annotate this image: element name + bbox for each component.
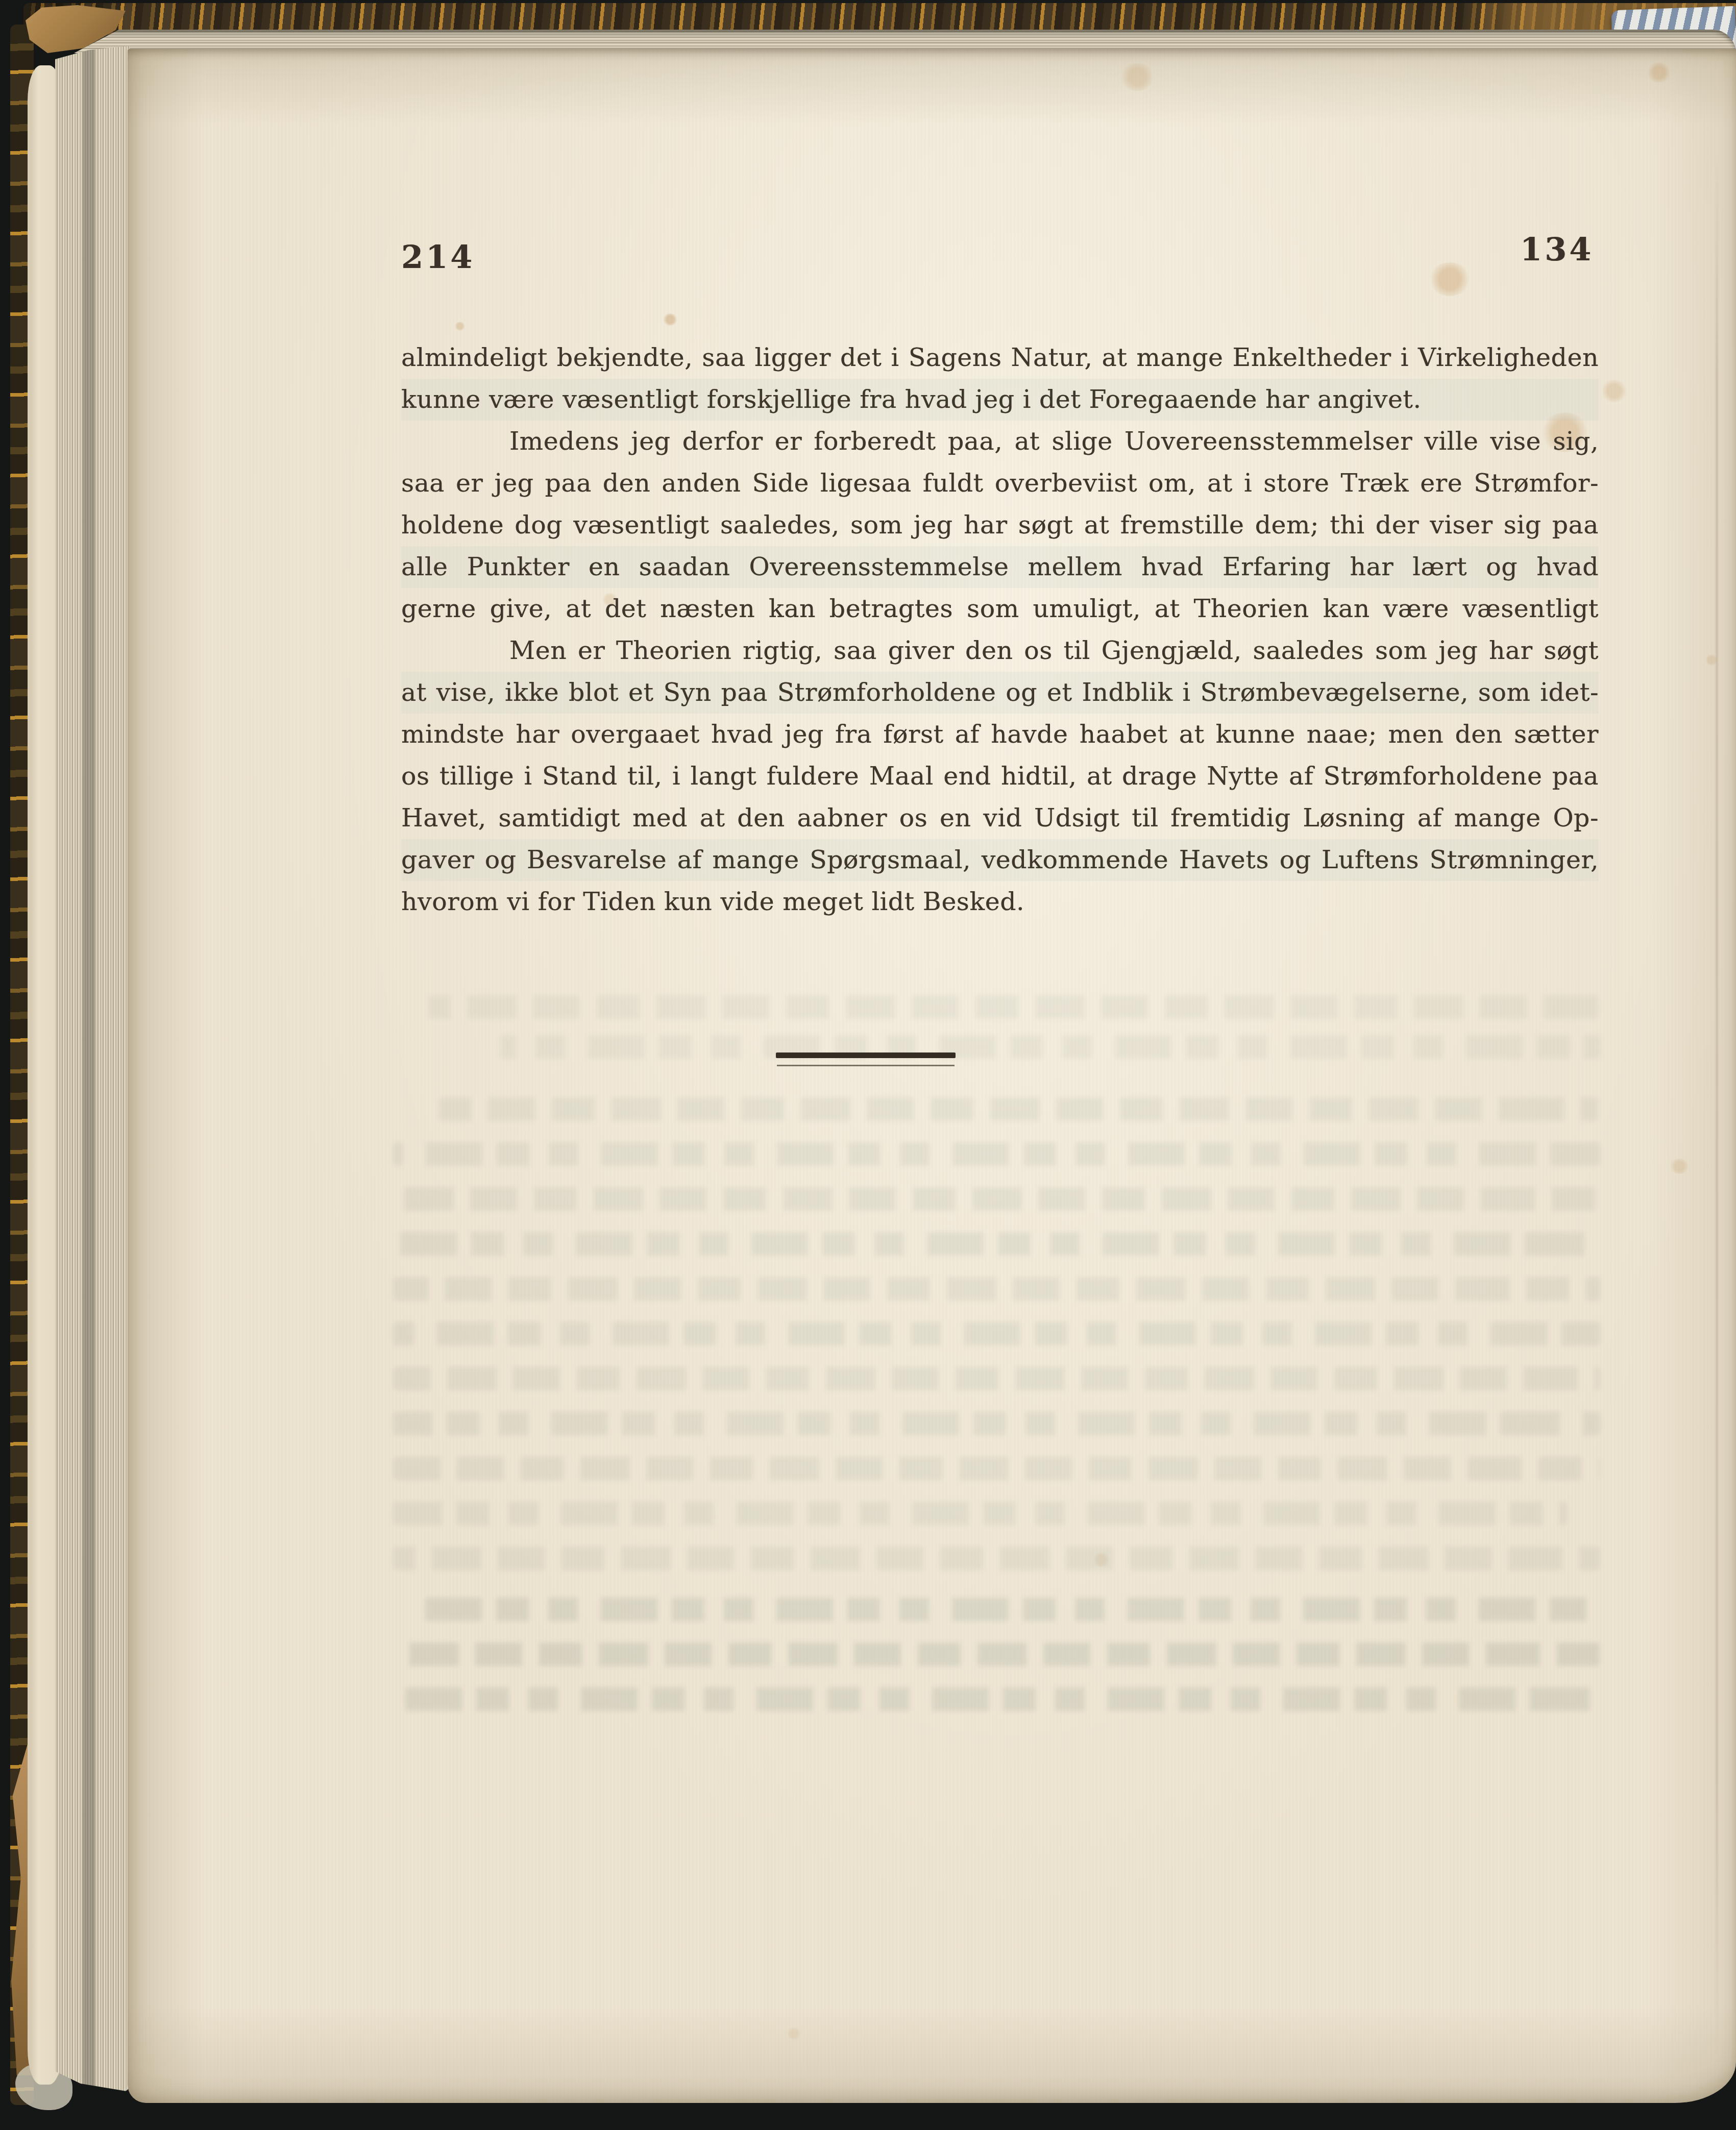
bleed-through-line: [393, 1232, 1600, 1256]
foxing-stain: [1669, 1159, 1690, 1174]
body-text: almindeligt bekjendte, saa ligger det i …: [401, 337, 1599, 923]
text-line: gaver og Besvarelse af mange Spørgsmaal,…: [401, 839, 1599, 881]
text-line: alle Punkter en saadan Overeensstemmelse…: [401, 546, 1599, 588]
bleed-through-line: [393, 1277, 1600, 1301]
page-crease: [1716, 153, 1718, 2072]
bleed-through-line: [393, 1322, 1600, 1345]
text-line: holdene dog væsentligt saaledes, som jeg…: [401, 504, 1599, 546]
foxing-stain: [454, 322, 466, 331]
bleed-through-line: [393, 1547, 1600, 1570]
bleed-through-line: [393, 1187, 1600, 1211]
bleed-through-line: [393, 1643, 1600, 1666]
text-line: Men er Theorien rigtig, saa giver den os…: [401, 630, 1599, 672]
text-line: Imedens jeg derfor er forberedt paa, at …: [401, 421, 1599, 462]
text-line: saa er jeg paa den anden Side ligesaa fu…: [401, 462, 1599, 504]
text-line: os tillige i Stand til, i langt fuldere …: [401, 755, 1599, 797]
bleed-through-line: [500, 1035, 1600, 1059]
section-divider-thick: [776, 1052, 956, 1058]
bleed-through-line: [393, 1687, 1600, 1711]
foxing-stain: [663, 313, 678, 326]
text-line: kunne være væsentligt forskjellige fra h…: [401, 379, 1599, 421]
section-divider-thin: [777, 1065, 955, 1066]
foxing-stain: [1092, 1553, 1111, 1567]
text-line: almindeligt bekjendte, saa ligger det i …: [401, 337, 1599, 379]
bleed-through-line: [393, 1502, 1567, 1525]
bleed-through-line: [393, 1367, 1600, 1390]
bleed-through-line: [393, 1457, 1600, 1480]
bleed-through-line: [413, 1598, 1598, 1621]
text-line: hvorom vi for Tiden kun vide meget lidt …: [401, 881, 1599, 923]
text-line: mindste har overgaaet hvad jeg fra først…: [401, 714, 1599, 755]
bleed-through-line: [439, 1097, 1598, 1121]
bleed-through-line: [393, 1142, 1600, 1166]
foxing-stain: [1601, 380, 1627, 402]
text-line: at vise, ikke blot et Syn paa Strømforho…: [401, 672, 1599, 714]
page-edges-left: [55, 46, 130, 2092]
book-scan: 214 134 almindeligt bekjendte, saa ligge…: [0, 0, 1736, 2130]
foxing-stain: [1428, 262, 1471, 296]
bleed-through-line: [429, 995, 1598, 1019]
book-page: 214 134 almindeligt bekjendte, saa ligge…: [128, 49, 1736, 2103]
foxing-stain: [1647, 62, 1671, 83]
page-number-left: 214: [401, 238, 475, 276]
page-number-right: 134: [1520, 231, 1594, 268]
text-line: gerne give, at det næsten kan betragtes …: [401, 588, 1599, 630]
foxing-stain: [1119, 63, 1155, 91]
bleed-through-line: [393, 1412, 1600, 1435]
foxing-stain: [786, 2027, 801, 2040]
text-line: Havet, samtidigt med at den aabner os en…: [401, 797, 1599, 839]
